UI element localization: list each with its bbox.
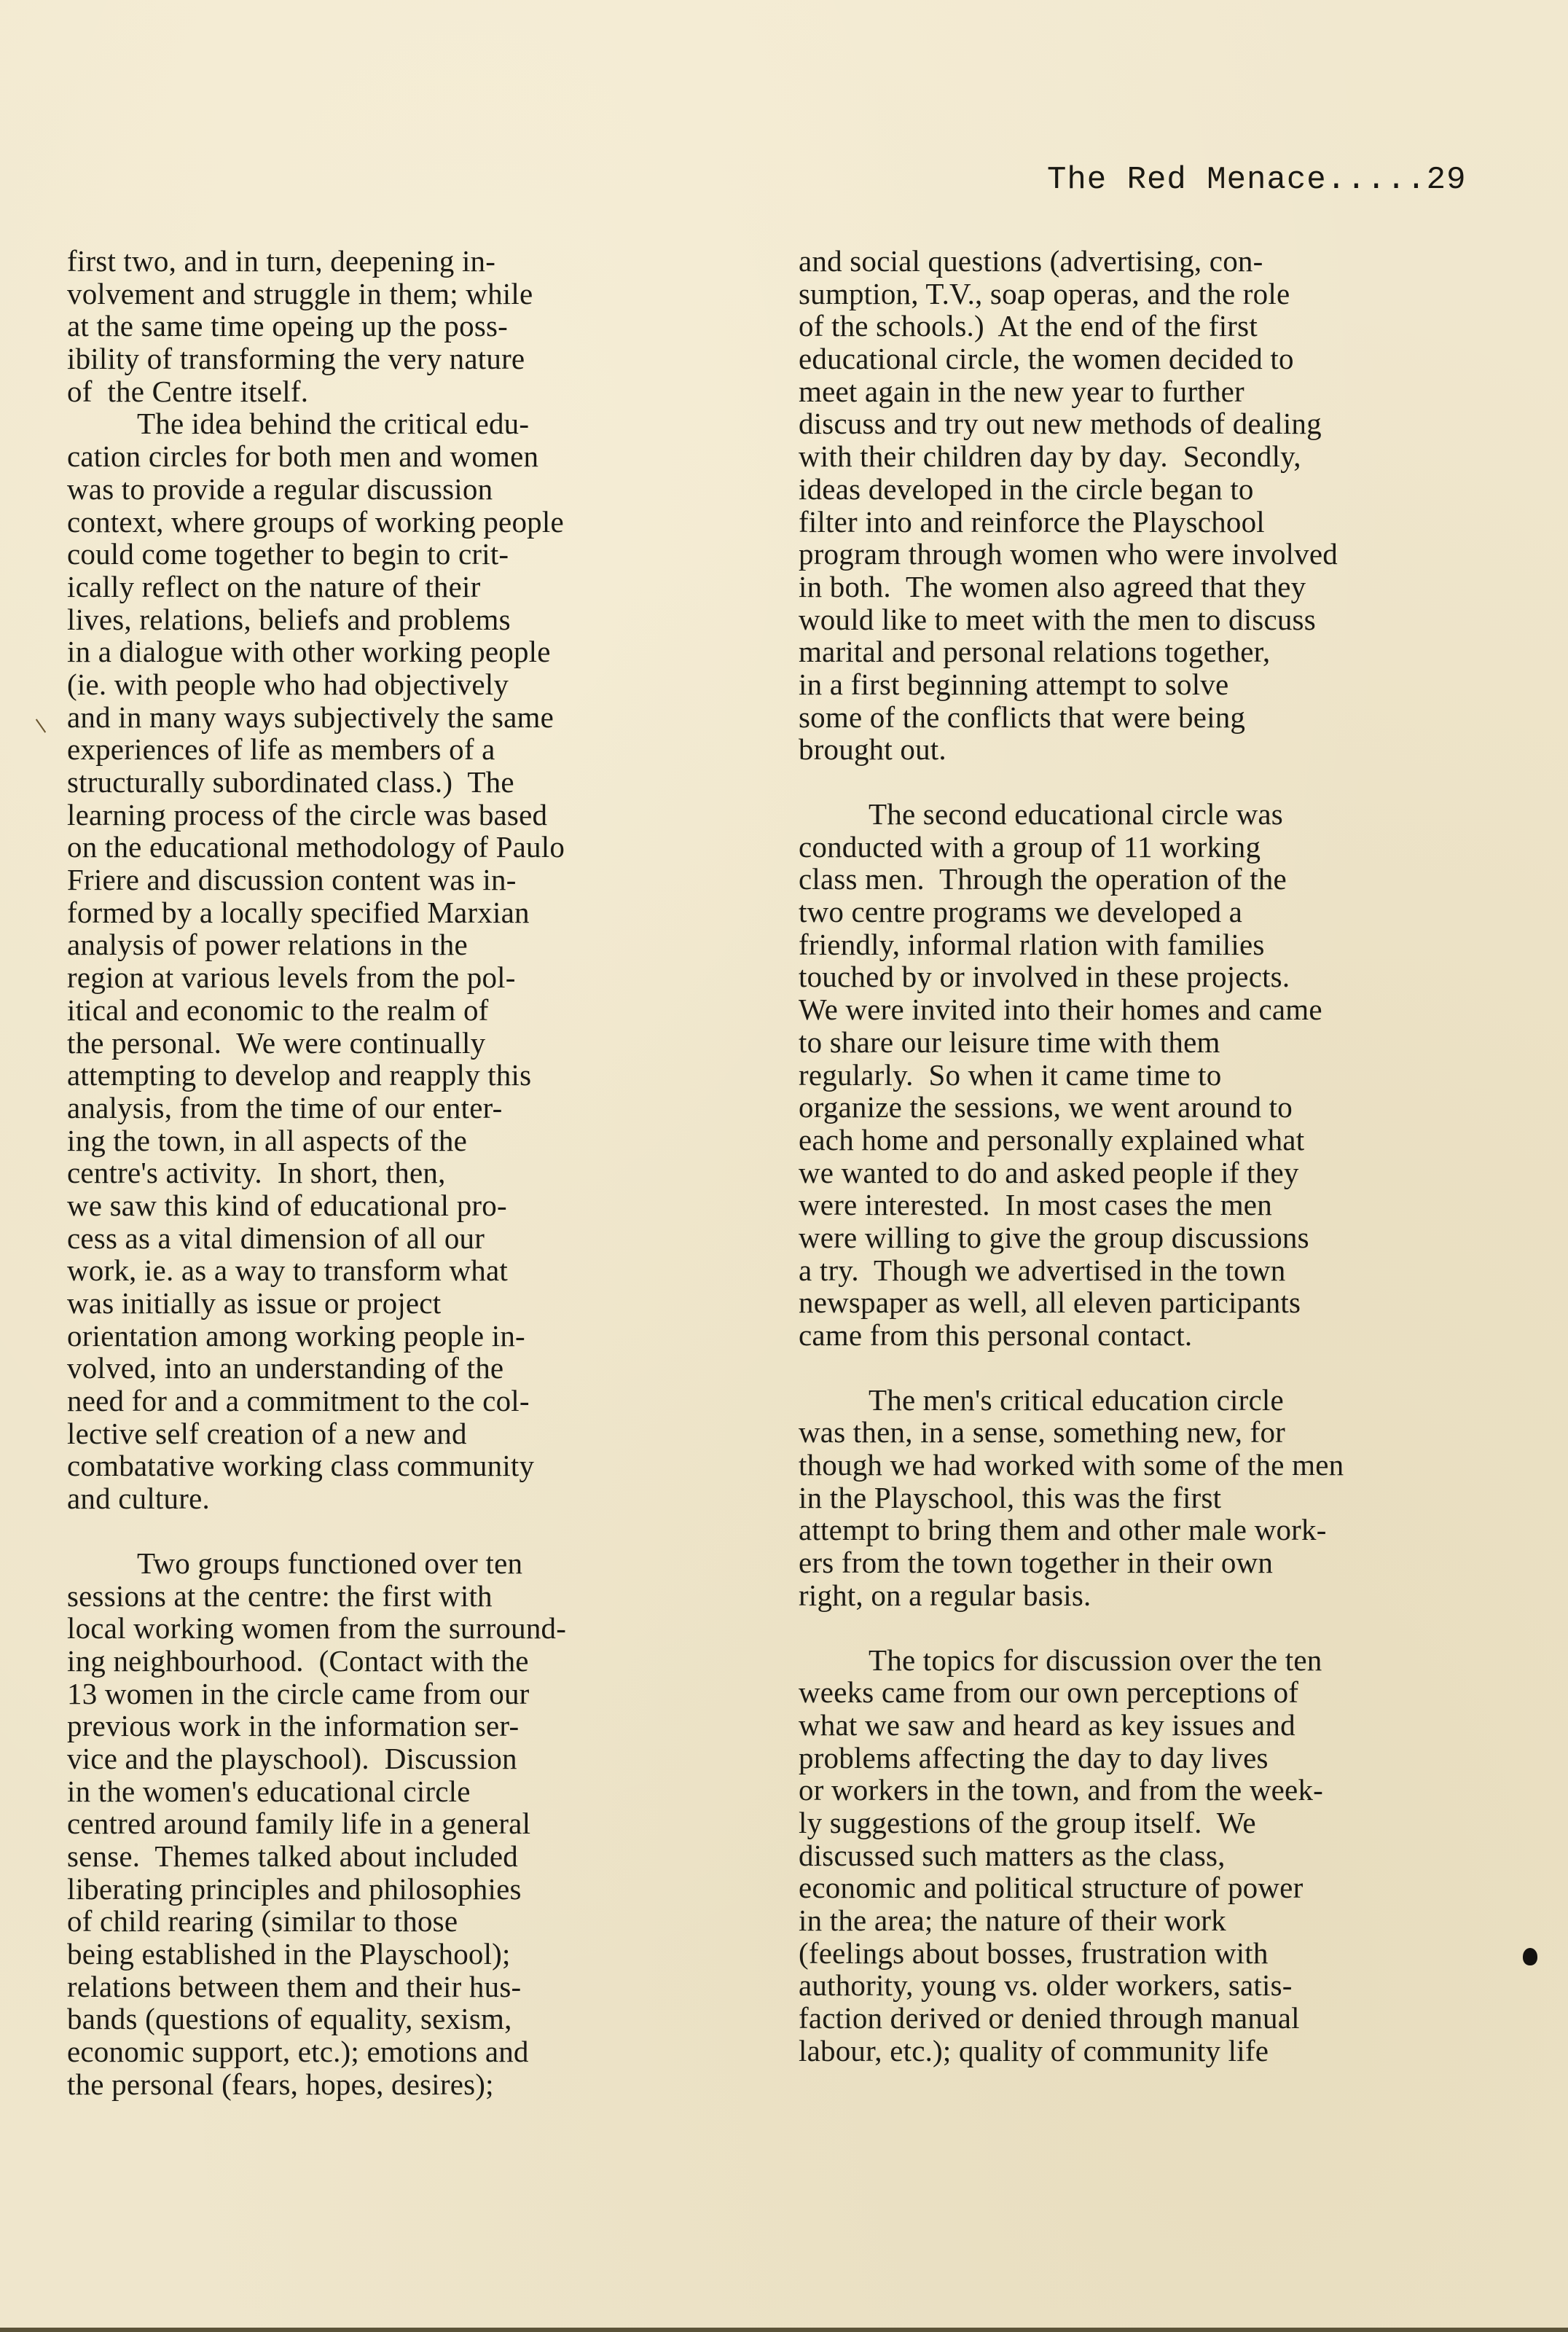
text-line: problems affecting the day to day lives bbox=[799, 1742, 1534, 1775]
text-line: class men. Through the operation of the bbox=[799, 863, 1534, 896]
text-line: came from this personal contact. bbox=[799, 1319, 1534, 1352]
text-line: context, where groups of working people bbox=[67, 506, 767, 539]
text-line: we saw this kind of educational pro- bbox=[67, 1189, 767, 1222]
text-line: two centre programs we developed a bbox=[799, 896, 1534, 928]
text-line: (ie. with people who had objectively bbox=[67, 668, 767, 701]
text-line: in both. The women also agreed that they bbox=[799, 571, 1534, 603]
text-line: 13 women in the circle came from our bbox=[67, 1678, 767, 1710]
text-line: of the Centre itself. bbox=[67, 375, 767, 408]
text-line: of the schools.) At the end of the first bbox=[799, 310, 1534, 343]
text-line: The men's critical education circle bbox=[799, 1384, 1534, 1417]
text-line: volvement and struggle in them; while bbox=[67, 278, 767, 310]
text-line: lives, relations, beliefs and problems bbox=[67, 603, 767, 636]
text-line: structurally subordinated class.) The bbox=[67, 766, 767, 799]
text-line: faction derived or denied through manual bbox=[799, 2002, 1534, 2035]
text-line: was to provide a regular discussion bbox=[67, 473, 767, 506]
paragraph: Two groups functioned over tensessions a… bbox=[67, 1547, 767, 2101]
text-line: ing the town, in all aspects of the bbox=[67, 1124, 767, 1157]
text-line: Two groups functioned over ten bbox=[67, 1547, 767, 1580]
text-line: previous work in the information ser- bbox=[67, 1710, 767, 1742]
text-line: (feelings about bosses, frustration with bbox=[799, 1937, 1534, 1970]
text-column-right: and social questions (advertising, con-s… bbox=[799, 245, 1534, 2067]
paragraph: The second educational circle wasconduct… bbox=[799, 798, 1534, 1352]
text-line: conducted with a group of 11 working bbox=[799, 831, 1534, 864]
paragraph-spacer bbox=[799, 766, 1534, 798]
text-line: being established in the Playschool); bbox=[67, 1938, 767, 1971]
text-line: relations between them and their hus- bbox=[67, 1971, 767, 2003]
text-line: liberating principles and philosophies bbox=[67, 1873, 767, 1906]
text-line: lective self creation of a new and bbox=[67, 1417, 767, 1450]
text-line: or workers in the town, and from the wee… bbox=[799, 1774, 1534, 1807]
text-line: and social questions (advertising, con- bbox=[799, 245, 1534, 278]
text-line: were willing to give the group discussio… bbox=[799, 1221, 1534, 1254]
text-line: was then, in a sense, something new, for bbox=[799, 1416, 1534, 1449]
text-line: the personal (fears, hopes, desires); bbox=[67, 2068, 767, 2101]
text-line: ers from the town together in their own bbox=[799, 1546, 1534, 1579]
text-line: analysis of power relations in the bbox=[67, 928, 767, 961]
text-line: attempt to bring them and other male wor… bbox=[799, 1514, 1534, 1546]
paragraph: first two, and in turn, deepening in-vol… bbox=[67, 245, 767, 407]
text-line: ly suggestions of the group itself. We bbox=[799, 1807, 1534, 1839]
text-line: on the educational methodology of Paulo bbox=[67, 831, 767, 864]
text-line: some of the conflicts that were being bbox=[799, 701, 1534, 734]
text-line: attempting to develop and reapply this bbox=[67, 1059, 767, 1092]
text-line: meet again in the new year to further bbox=[799, 375, 1534, 408]
text-line: filter into and reinforce the Playschool bbox=[799, 506, 1534, 539]
text-line: what we saw and heard as key issues and bbox=[799, 1709, 1534, 1742]
text-line: in a first beginning attempt to solve bbox=[799, 668, 1534, 701]
text-line: at the same time opeing up the poss- bbox=[67, 310, 767, 343]
text-line: bands (questions of equality, sexism, bbox=[67, 2003, 767, 2035]
text-line: discussed such matters as the class, bbox=[799, 1839, 1534, 1872]
text-line: though we had worked with some of the me… bbox=[799, 1449, 1534, 1482]
ink-blot-mark bbox=[1523, 1948, 1537, 1965]
text-line: first two, and in turn, deepening in- bbox=[67, 245, 767, 278]
text-line: weeks came from our own perceptions of bbox=[799, 1676, 1534, 1709]
text-line: analysis, from the time of our enter- bbox=[67, 1092, 767, 1124]
text-line: vice and the playschool). Discussion bbox=[67, 1742, 767, 1775]
text-line: The idea behind the critical edu- bbox=[67, 407, 767, 440]
text-line: and in many ways subjectively the same bbox=[67, 701, 767, 734]
text-line: experiences of life as members of a bbox=[67, 733, 767, 766]
text-line: friendly, informal rlation with families bbox=[799, 928, 1534, 961]
text-line: orientation among working people in- bbox=[67, 1320, 767, 1353]
text-line: in a dialogue with other working people bbox=[67, 635, 767, 668]
text-line: was initially as issue or project bbox=[67, 1287, 767, 1320]
text-line: volved, into an understanding of the bbox=[67, 1352, 767, 1385]
text-line: we wanted to do and asked people if they bbox=[799, 1157, 1534, 1189]
text-line: discuss and try out new methods of deali… bbox=[799, 407, 1534, 440]
text-line: ibility of transforming the very nature bbox=[67, 343, 767, 375]
text-line: organize the sessions, we went around to bbox=[799, 1091, 1534, 1124]
text-line: right, on a regular basis. bbox=[799, 1579, 1534, 1612]
running-head: The Red Menace.....29 bbox=[1047, 162, 1467, 198]
text-column-left: first two, and in turn, deepening in-vol… bbox=[67, 245, 767, 2101]
text-line: educational circle, the women decided to bbox=[799, 343, 1534, 375]
text-line: economic and political structure of powe… bbox=[799, 1871, 1534, 1904]
text-line: would like to meet with the men to discu… bbox=[799, 603, 1534, 636]
text-line: centred around family life in a general bbox=[67, 1807, 767, 1840]
text-line: touched by or involved in these projects… bbox=[799, 960, 1534, 993]
paragraph: The idea behind the critical edu-cation … bbox=[67, 407, 767, 1514]
paragraph: and social questions (advertising, con-s… bbox=[799, 245, 1534, 766]
text-line: and culture. bbox=[67, 1482, 767, 1515]
text-line: ically reflect on the nature of their bbox=[67, 571, 767, 603]
text-line: work, ie. as a way to transform what bbox=[67, 1254, 767, 1287]
text-line: sense. Themes talked about included bbox=[67, 1840, 767, 1873]
text-line: the personal. We were continually bbox=[67, 1027, 767, 1060]
paragraph-spacer bbox=[799, 1612, 1534, 1644]
page-bottom-edge bbox=[0, 2328, 1568, 2332]
text-line: brought out. bbox=[799, 733, 1534, 766]
text-line: region at various levels from the pol- bbox=[67, 961, 767, 994]
text-line: a try. Though we advertised in the town bbox=[799, 1254, 1534, 1287]
text-line: cation circles for both men and women bbox=[67, 440, 767, 473]
text-line: itical and economic to the realm of bbox=[67, 994, 767, 1027]
text-line: program through women who were involved bbox=[799, 538, 1534, 571]
text-line: local working women from the surround- bbox=[67, 1612, 767, 1645]
text-line: The second educational circle was bbox=[799, 798, 1534, 831]
text-line: sumption, T.V., soap operas, and the rol… bbox=[799, 278, 1534, 310]
text-line: centre's activity. In short, then, bbox=[67, 1157, 767, 1189]
text-line: labour, etc.); quality of community life bbox=[799, 2035, 1534, 2067]
paragraph: The topics for discussion over the tenwe… bbox=[799, 1644, 1534, 2067]
text-line: of child rearing (similar to those bbox=[67, 1905, 767, 1938]
text-line: economic support, etc.); emotions and bbox=[67, 2035, 767, 2068]
text-line: with their children day by day. Secondly… bbox=[799, 440, 1534, 473]
text-line: cess as a vital dimension of all our bbox=[67, 1222, 767, 1255]
text-line: regularly. So when it came time to bbox=[799, 1059, 1534, 1092]
text-line: learning process of the circle was based bbox=[67, 799, 767, 832]
text-line: ideas developed in the circle began to bbox=[799, 473, 1534, 506]
text-line: need for and a commitment to the col- bbox=[67, 1385, 767, 1417]
text-line: in the women's educational circle bbox=[67, 1775, 767, 1808]
text-line: each home and personally explained what bbox=[799, 1124, 1534, 1157]
text-line: formed by a locally specified Marxian bbox=[67, 896, 767, 929]
text-line: in the area; the nature of their work bbox=[799, 1904, 1534, 1937]
text-line: sessions at the centre: the first with bbox=[67, 1580, 767, 1613]
text-line: marital and personal relations together, bbox=[799, 635, 1534, 668]
text-line: Friere and discussion content was in- bbox=[67, 864, 767, 896]
paragraph-spacer bbox=[67, 1515, 767, 1547]
text-line: We were invited into their homes and cam… bbox=[799, 993, 1534, 1026]
text-line: ing neighbourhood. (Contact with the bbox=[67, 1645, 767, 1678]
text-line: could come together to begin to crit- bbox=[67, 538, 767, 571]
text-line: authority, young vs. older workers, sati… bbox=[799, 1969, 1534, 2002]
text-line: The topics for discussion over the ten bbox=[799, 1644, 1534, 1677]
text-line: combatative working class community bbox=[67, 1449, 767, 1482]
text-line: newspaper as well, all eleven participan… bbox=[799, 1286, 1534, 1319]
text-line: in the Playschool, this was the first bbox=[799, 1482, 1534, 1514]
paragraph: The men's critical education circlewas t… bbox=[799, 1384, 1534, 1612]
paragraph-spacer bbox=[799, 1352, 1534, 1384]
text-line: were interested. In most cases the men bbox=[799, 1189, 1534, 1221]
text-line: to share our leisure time with them bbox=[799, 1026, 1534, 1059]
